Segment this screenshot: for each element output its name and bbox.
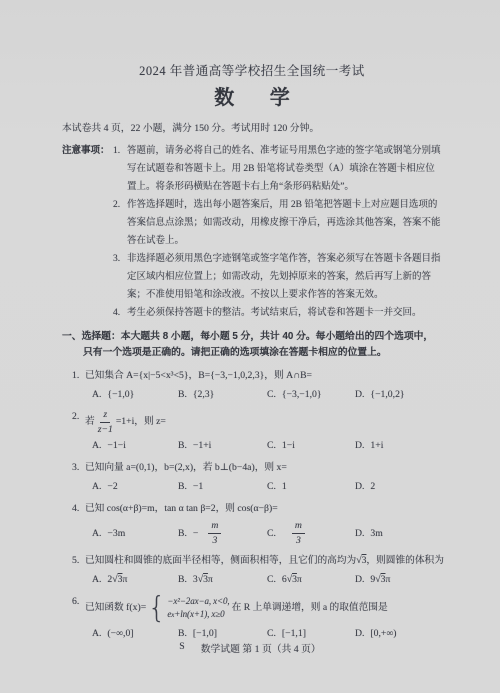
footer-mark: S: [179, 641, 184, 655]
question-5: 5. 已知圆柱和圆锥的底面半径相等，侧面积相等，且它们的高均为 √3 ，则圆锥的…: [62, 554, 442, 587]
exam-title: 2024 年普通高等学校招生全国统一考试: [62, 64, 442, 79]
question-stem: 已知向量 a=(0,1)，b=(2,x)，若 b⊥(b−4a)，则 x=: [85, 461, 442, 475]
piecewise-function: { −x²−2ax−a, x<0, ex+ln(x+1), x≥0: [148, 595, 229, 622]
option-label: D.: [355, 388, 364, 402]
piecewise-case-2: ex+ln(x+1), x≥0: [167, 609, 229, 620]
notice-item-text: 非选择题必须用黑色字迹钢笔或签字笔作答，答案必须写在答题卡各题目指定区域内相应位…: [127, 250, 442, 304]
option-value: [0,+∞): [370, 627, 396, 641]
pi-symbol: π: [385, 574, 390, 585]
option-label: A.: [92, 388, 101, 402]
notice-item-number: 4.: [113, 304, 127, 322]
option-c: C.{−3,−1,0}: [267, 388, 355, 402]
option-a: A.−1−i: [92, 439, 178, 453]
exam-paper-page: 2024 年普通高等学校招生全国统一考试 数 学 本试卷共 4 页，22 小题，…: [0, 0, 500, 693]
question-number: 4.: [72, 502, 85, 545]
stem-text: 在 R 上单调递增，则 a 的取值范围是: [232, 601, 388, 615]
notice-section: 注意事项： 1. 答题前，请务必将自己的姓名、准考证号用黑色字迹的签字笔或钢笔分…: [62, 142, 442, 322]
question-body: 已知函数 f(x)= { −x²−2ax−a, x<0, ex+ln(x+1),…: [85, 595, 442, 641]
stem-text: =1+i，则 z=: [116, 415, 166, 429]
option-label: C.: [267, 388, 276, 402]
piecewise-case-1: −x²−2ax−a, x<0,: [167, 596, 229, 606]
option-d: D.2: [355, 480, 442, 494]
stem-text: 已知圆柱和圆锥的底面半径相等，侧面积相等，且它们的高均为: [85, 554, 356, 568]
footer-page-info: 数学试题 第 1 页（共 4 页）: [201, 641, 321, 655]
option-value: 1: [282, 480, 287, 494]
fraction: m3: [292, 521, 305, 545]
page-content: 2024 年普通高等学校招生全国统一考试 数 学 本试卷共 4 页，22 小题，…: [0, 0, 500, 641]
notice-item-text: 答题前，请务必将自己的姓名、准考证号用黑色字迹的签字笔或钢笔分别填写在试题卷和答…: [127, 142, 442, 196]
option-label: A.: [92, 573, 101, 587]
option-label: A.: [92, 439, 101, 453]
option-label: C.: [267, 627, 276, 641]
question-body: 已知 cos(α+β)=m，tan α tan β=2，则 cos(α−β)= …: [85, 502, 442, 545]
option-value: {−1,0,2}: [370, 388, 404, 402]
option-a: A.{−1,0}: [92, 388, 178, 402]
question-body: 已知向量 a=(0,1)，b=(2,x)，若 b⊥(b−4a)，则 x= A.−…: [85, 461, 442, 494]
option-label: B.: [178, 627, 187, 641]
case-rest: +ln(x+1), x≥0: [174, 609, 224, 619]
option-label: B.: [178, 527, 187, 541]
option-b: B.3√3π: [178, 573, 267, 587]
option-c: C.6√3π: [267, 573, 355, 587]
piecewise-cases: −x²−2ax−a, x<0, ex+ln(x+1), x≥0: [167, 596, 229, 620]
question-stem: 已知函数 f(x)= { −x²−2ax−a, x<0, ex+ln(x+1),…: [85, 595, 442, 622]
question-4: 4. 已知 cos(α+β)=m，tan α tan β=2，则 cos(α−β…: [62, 502, 442, 545]
fraction-numerator: m: [208, 521, 221, 534]
fraction: m3: [208, 521, 221, 545]
question-body: 已知圆柱和圆锥的底面半径相等，侧面积相等，且它们的高均为 √3 ，则圆锥的体积为…: [85, 554, 442, 587]
option-value: −2: [107, 480, 117, 494]
option-label: A.: [92, 627, 101, 641]
option-b: B.{2,3}: [178, 388, 267, 402]
option-c: C.m3: [267, 521, 355, 545]
notice-item-text: 作答选择题时，选出每小题答案后，用 2B 铅笔把答题卡上对应题目选项的答案信息点…: [127, 196, 442, 250]
pi-symbol: π: [297, 574, 302, 585]
notice-item: 1. 答题前，请务必将自己的姓名、准考证号用黑色字迹的签字笔或钢笔分别填写在试题…: [113, 142, 442, 196]
option-label: D.: [355, 627, 364, 641]
question-number: 1.: [72, 369, 85, 402]
option-b: B.−1: [178, 480, 267, 494]
stem-text: ，则圆锥的体积为: [366, 554, 444, 568]
option-row: A.(−∞,0] B.[−1,0] C.[−1,1] D.[0,+∞): [92, 627, 442, 641]
notice-label: 注意事项：: [62, 142, 113, 322]
subject-title: 数 学: [62, 86, 442, 110]
question-stem: 若 z z−1 =1+i，则 z=: [85, 410, 442, 434]
question-number: 2.: [72, 410, 85, 453]
question-2: 2. 若 z z−1 =1+i，则 z= A.−1−i B.−1+i C.1−i: [62, 410, 442, 453]
option-value: [−1,1]: [282, 627, 306, 641]
notice-item: 2. 作答选择题时，选出每小题答案后，用 2B 铅笔把答题卡上对应题目选项的答案…: [113, 196, 442, 250]
pi-symbol: π: [208, 574, 213, 585]
option-value: (−∞,0]: [107, 627, 133, 641]
fraction-denominator: z−1: [98, 423, 113, 435]
option-label: B.: [178, 439, 187, 453]
option-label: B.: [178, 480, 187, 494]
question-3: 3. 已知向量 a=(0,1)，b=(2,x)，若 b⊥(b−4a)，则 x= …: [62, 461, 442, 494]
fraction-numerator: m: [292, 521, 305, 534]
option-label: C.: [267, 439, 276, 453]
option-label: C.: [267, 573, 276, 587]
stem-text: 若: [85, 415, 95, 429]
option-label: D.: [355, 527, 364, 541]
brace-symbol: {: [148, 594, 165, 623]
option-value: −1−i: [107, 439, 125, 453]
stem-text: 已知函数 f(x)=: [85, 601, 146, 615]
option-label: D.: [355, 573, 364, 587]
notice-item-number: 3.: [113, 250, 127, 304]
option-value: 2: [370, 480, 375, 494]
option-value: [−1,0]: [193, 627, 217, 641]
exam-info-line: 本试卷共 4 页，22 小题，满分 150 分。考试用时 120 分钟。: [62, 122, 442, 136]
option-value: {2,3}: [193, 388, 214, 402]
option-value: −1: [193, 480, 203, 494]
option-c: C.1: [267, 480, 355, 494]
option-row: A.−2 B.−1 C.1 D.2: [92, 480, 442, 494]
option-label: A.: [92, 480, 101, 494]
option-c: C.1−i: [267, 439, 355, 453]
option-value: 6√3π: [282, 573, 302, 587]
pi-symbol: π: [122, 574, 127, 585]
question-1: 1. 已知集合 A={x|−5<x³<5}，B={−3,−1,0,2,3}，则 …: [62, 369, 442, 402]
option-b: B.[−1,0]: [178, 627, 267, 641]
option-row: A.2√3π B.3√3π C.6√3π D.9√3π: [92, 573, 442, 587]
notice-item-number: 2.: [113, 196, 127, 250]
option-b: B.−1+i: [178, 439, 267, 453]
option-value: 2√3π: [107, 573, 127, 587]
option-a: A.(−∞,0]: [92, 627, 178, 641]
option-label: D.: [355, 480, 364, 494]
question-stem: 已知集合 A={x|−5<x³<5}，B={−3,−1,0,2,3}，则 A∩B…: [85, 369, 442, 383]
option-b: B.−m3: [178, 521, 267, 545]
option-value: 1+i: [370, 439, 383, 453]
section-heading: 一、选择题：本大题共 8 小题，每小题 5 分，共计 40 分。每小题给出的四个…: [62, 329, 442, 361]
fraction: z z−1: [98, 410, 113, 434]
notice-item: 3. 非选择题必须用黑色字迹钢笔或签字笔作答，答案必须写在答题卡各题目指定区域内…: [113, 250, 442, 304]
question-list: 1. 已知集合 A={x|−5<x³<5}，B={−3,−1,0,2,3}，则 …: [62, 369, 442, 641]
option-label: D.: [355, 439, 364, 453]
fraction-numerator: z: [100, 410, 110, 423]
option-label: C.: [267, 480, 276, 494]
option-d: D.1+i: [355, 439, 442, 453]
option-row: A.−1−i B.−1+i C.1−i D.1+i: [92, 439, 442, 453]
option-d: D.9√3π: [355, 573, 442, 587]
notice-item-text: 考生必须保持答题卡的整洁。考试结束后，将试卷和答题卡一并交回。: [127, 304, 442, 322]
fraction-sign: −: [193, 527, 198, 541]
option-label: B.: [178, 388, 187, 402]
option-c: C.[−1,1]: [267, 627, 355, 641]
option-value: 3m: [370, 527, 382, 541]
option-value: −3m: [107, 527, 125, 541]
option-label: C.: [267, 527, 276, 541]
option-value: 9√3π: [370, 573, 390, 587]
question-body: 若 z z−1 =1+i，则 z= A.−1−i B.−1+i C.1−i D.…: [85, 410, 442, 453]
option-a: A.2√3π: [92, 573, 178, 587]
fraction-denominator: 3: [212, 534, 217, 546]
question-stem: 已知圆柱和圆锥的底面半径相等，侧面积相等，且它们的高均为 √3 ，则圆锥的体积为: [85, 554, 442, 568]
question-number: 6.: [72, 595, 85, 641]
question-stem: 已知 cos(α+β)=m，tan α tan β=2，则 cos(α−β)=: [85, 502, 442, 516]
sqrt-expression: √3: [356, 554, 366, 568]
option-row: A.−3m B.−m3 C.m3 D.3m: [92, 521, 442, 545]
notice-item-number: 1.: [113, 142, 127, 196]
question-body: 已知集合 A={x|−5<x³<5}，B={−3,−1,0,2,3}，则 A∩B…: [85, 369, 442, 402]
notice-items: 1. 答题前，请务必将自己的姓名、准考证号用黑色字迹的签字笔或钢笔分别填写在试题…: [113, 142, 442, 322]
option-label: B.: [178, 573, 187, 587]
option-a: A.−2: [92, 480, 178, 494]
option-d: D.[0,+∞): [355, 627, 442, 641]
fraction-denominator: 3: [296, 534, 301, 546]
option-value: 3√3π: [193, 573, 213, 587]
question-number: 5.: [72, 554, 85, 587]
option-row: A.{−1,0} B.{2,3} C.{−3,−1,0} D.{−1,0,2}: [92, 388, 442, 402]
option-d: D.{−1,0,2}: [355, 388, 442, 402]
option-label: A.: [92, 527, 101, 541]
notice-item: 4. 考生必须保持答题卡的整洁。考试结束后，将试卷和答题卡一并交回。: [113, 304, 442, 322]
option-value: 1−i: [282, 439, 295, 453]
option-a: A.−3m: [92, 527, 178, 541]
option-value: −1+i: [193, 439, 211, 453]
question-number: 3.: [72, 461, 85, 494]
question-6: 6. 已知函数 f(x)= { −x²−2ax−a, x<0, ex+ln(x+…: [62, 595, 442, 641]
option-value: {−3,−1,0}: [282, 388, 322, 402]
page-footer: S 数学试题 第 1 页（共 4 页）: [0, 641, 500, 655]
option-d: D.3m: [355, 527, 442, 541]
option-value: {−1,0}: [107, 388, 134, 402]
